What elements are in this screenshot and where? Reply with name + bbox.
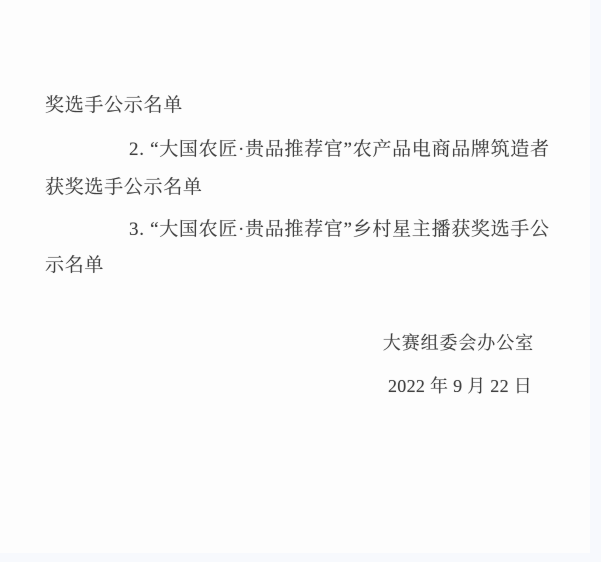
screenshot-root: { "colors": { "paper": "#fdfdfd", "scan_… (0, 0, 601, 562)
body-line-4-numbered-item-3: 3. “大国农匠·贵品推荐官”乡村星主播获奖选手公 (129, 219, 550, 241)
signature-line: 大赛组委会办公室 (383, 333, 534, 354)
body-line-5: 示名单 (45, 255, 104, 277)
body-line-3: 获奖选手公示名单 (45, 177, 203, 199)
date-line: 2022 年 9 月 22 日 (388, 376, 532, 397)
body-line-1: 奖选手公示名单 (45, 95, 183, 117)
document-page: 奖选手公示名单 2. “大国农匠·贵品推荐官”农产品电商品牌筑造者 获奖选手公示… (0, 0, 590, 553)
body-line-2-numbered-item-2: 2. “大国农匠·贵品推荐官”农产品电商品牌筑造者 (129, 139, 550, 161)
